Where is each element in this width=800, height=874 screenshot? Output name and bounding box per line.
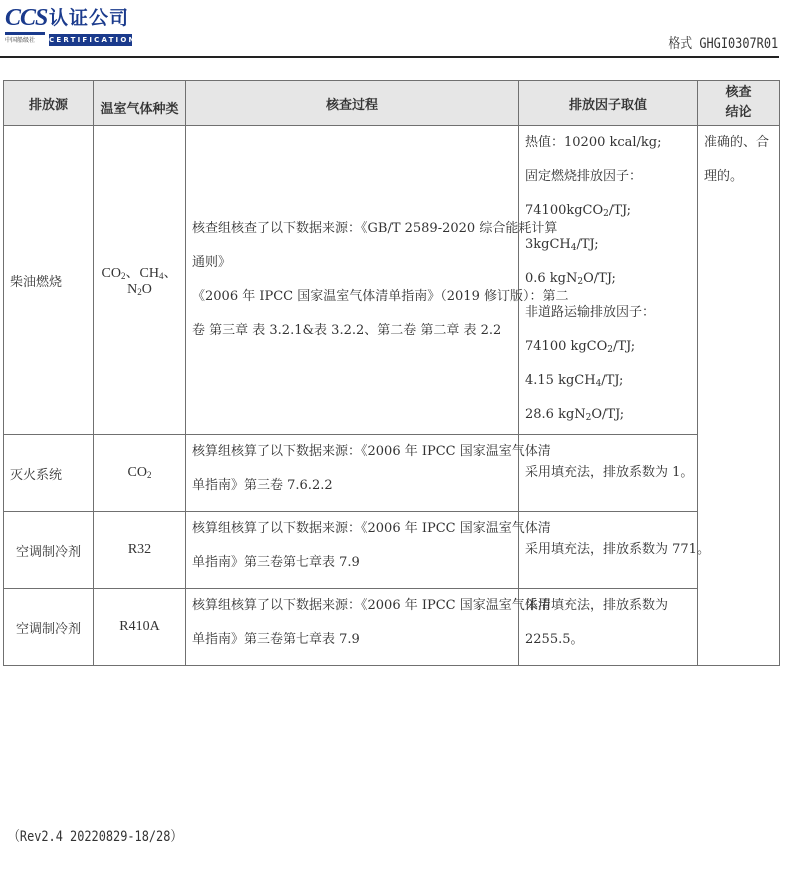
process-line: 单指南》第三卷第七章表 7.9 [192,623,512,657]
emission-audit-table: 排放源 温室气体种类 核查过程 排放因子取值 核查 结论 柴油燃烧CO2、CH4… [3,80,780,666]
process-line: 《2006 年 IPCC 国家温室气体清单指南》（2019 修订版）：第二 [192,280,512,314]
process-line: 单指南》第三卷 7.6.2.2 [192,469,512,503]
factor-text: 非道路运输排放因子： [525,305,655,320]
factor-line: 2255.5。 [525,623,691,657]
factor-line: 采用填充法，排放系数为 1。 [525,456,691,490]
factor-text: 28.6 kgN [525,407,586,422]
factor-text: 热值：10200 kcal/kg; [525,135,662,150]
gas-formula: N [127,282,137,297]
factor-line: 采用填充法，排放系数为 [525,589,691,623]
cell-gas-type: R410A [94,589,186,666]
header-divider [0,56,779,58]
cell-gas-type: CO2、CH4、N2O [94,126,186,435]
factor-line: 固定燃烧排放因子： [525,160,691,194]
cell-audit-process: 核算组核算了以下数据来源：《2006 年 IPCC 国家温室气体清单指南》第三卷… [186,435,519,512]
gas-separator: 、 [126,266,140,281]
table-row: 灭火系统CO2核算组核算了以下数据来源：《2006 年 IPCC 国家温室气体清… [4,435,780,512]
header-gas-type: 温室气体种类 [94,81,186,126]
logo-company-name: 认证公司 [49,5,129,31]
factor-unit: /TJ; [609,203,631,218]
cell-emission-factor: 热值：10200 kcal/kg;固定燃烧排放因子：74100kgCO2/TJ;… [519,126,698,435]
ccs-certification-logo: CCS 认证公司 中国船级社 CERTIFICATION [3,5,133,45]
process-line: 核算组核算了以下数据来源：《2006 年 IPCC 国家温室气体清 [192,435,512,469]
process-line: 卷 第三章 表 3.2.1&表 3.2.2、第二卷 第二章 表 2.2 [192,314,512,348]
factor-text: 2255.5。 [525,632,584,647]
header-emission-source: 排放源 [4,81,94,126]
factor-line: 非道路运输排放因子： [525,296,691,330]
factor-unit: /TJ; [577,237,599,252]
cell-gas-type: CO2 [94,435,186,512]
gas-formula: R32 [128,542,151,557]
process-line: 核算组核算了以下数据来源：《2006 年 IPCC 国家温室气体清 [192,589,512,623]
cell-emission-factor: 采用填充法，排放系数为2255.5。 [519,589,698,666]
revision-footer: （Rev2.4 20220829-18/28） [8,826,182,846]
header-gas-type-label: 温室气体种类 [100,102,178,117]
factor-text: 采用填充法，排放系数为 [525,598,668,613]
cell-audit-process: 核算组核算了以下数据来源：《2006 年 IPCC 国家温室气体清单指南》第三卷… [186,589,519,666]
factor-unit: O/TJ; [583,271,616,286]
factor-unit: O/TJ; [591,407,624,422]
logo-mark: CCS [5,5,47,31]
process-line: 单指南》第三卷第七章表 7.9 [192,546,512,580]
cell-emission-source: 柴油燃烧 [4,126,94,435]
header-conclusion-line-2: 结论 [725,103,751,123]
factor-line: 采用填充法，排放系数为 771。 [525,533,691,567]
logo-underline [5,32,45,35]
gas-formula: CO [102,266,121,281]
format-code: 格式 GHGI0307R01 [668,33,778,53]
gas-separator: 、 [163,266,177,281]
header-audit-conclusion: 核查 结论 [698,81,780,126]
factor-text: 0.6 kgN [525,271,577,286]
table-header-row: 排放源 温室气体种类 核查过程 排放因子取值 核查 结论 [4,81,780,126]
factor-unit: /TJ; [601,373,623,388]
cell-emission-source: 灭火系统 [4,435,94,512]
conclusion-line: 理的。 [704,160,773,194]
factor-text: 4.15 kgCH [525,373,596,388]
factor-line: 74100kgCO2/TJ; [525,194,691,228]
cell-audit-process: 核查组核查了以下数据来源：《GB/T 2589-2020 综合能耗计算通则》《2… [186,126,519,435]
factor-text: 74100kgCO [525,203,603,218]
factor-line: 热值：10200 kcal/kg; [525,126,691,160]
factor-text: 采用填充法，排放系数为 771。 [525,542,710,557]
gas-formula: CH [140,266,159,281]
gas-formula: CO [128,465,147,480]
process-line: 核算组核算了以下数据来源：《2006 年 IPCC 国家温室气体清 [192,512,512,546]
factor-line: 74100 kgCO2/TJ; [525,330,691,364]
conclusion-line: 准确的、合 [704,126,773,160]
table-row: 空调制冷剂R32核算组核算了以下数据来源：《2006 年 IPCC 国家温室气体… [4,512,780,589]
gas-subscript: 2 [147,470,152,480]
factor-line: 4.15 kgCH4/TJ; [525,364,691,398]
gas-separator: O [142,282,152,297]
factor-line: 28.6 kgN2O/TJ; [525,398,691,432]
table-row: 空调制冷剂R410A核算组核算了以下数据来源：《2006 年 IPCC 国家温室… [4,589,780,666]
factor-line: 0.6 kgN2O/TJ; [525,262,691,296]
factor-unit: /TJ; [613,339,635,354]
factor-text: 固定燃烧排放因子： [525,169,642,184]
process-line: 核查组核查了以下数据来源：《GB/T 2589-2020 综合能耗计算 [192,212,512,246]
header-audit-process: 核查过程 [186,81,519,126]
process-line: 通则》 [192,246,512,280]
header-conclusion-line-1: 核查 [725,83,751,103]
factor-text: 3kgCH [525,237,571,252]
cell-gas-type: R32 [94,512,186,589]
cell-emission-source: 空调制冷剂 [4,589,94,666]
logo-parent-name: 中国船级社 [5,37,35,45]
logo-tagline: CERTIFICATION [49,34,132,46]
factor-text: 74100 kgCO [525,339,607,354]
gas-formula: R410A [119,619,159,634]
factor-line: 3kgCH4/TJ; [525,228,691,262]
cell-audit-process: 核算组核算了以下数据来源：《2006 年 IPCC 国家温室气体清单指南》第三卷… [186,512,519,589]
header-emission-factor: 排放因子取值 [519,81,698,126]
table-row: 柴油燃烧CO2、CH4、N2O核查组核查了以下数据来源：《GB/T 2589-2… [4,126,780,435]
cell-audit-conclusion: 准确的、合理的。 [698,126,780,666]
cell-emission-source: 空调制冷剂 [4,512,94,589]
factor-text: 采用填充法，排放系数为 1。 [525,465,693,480]
